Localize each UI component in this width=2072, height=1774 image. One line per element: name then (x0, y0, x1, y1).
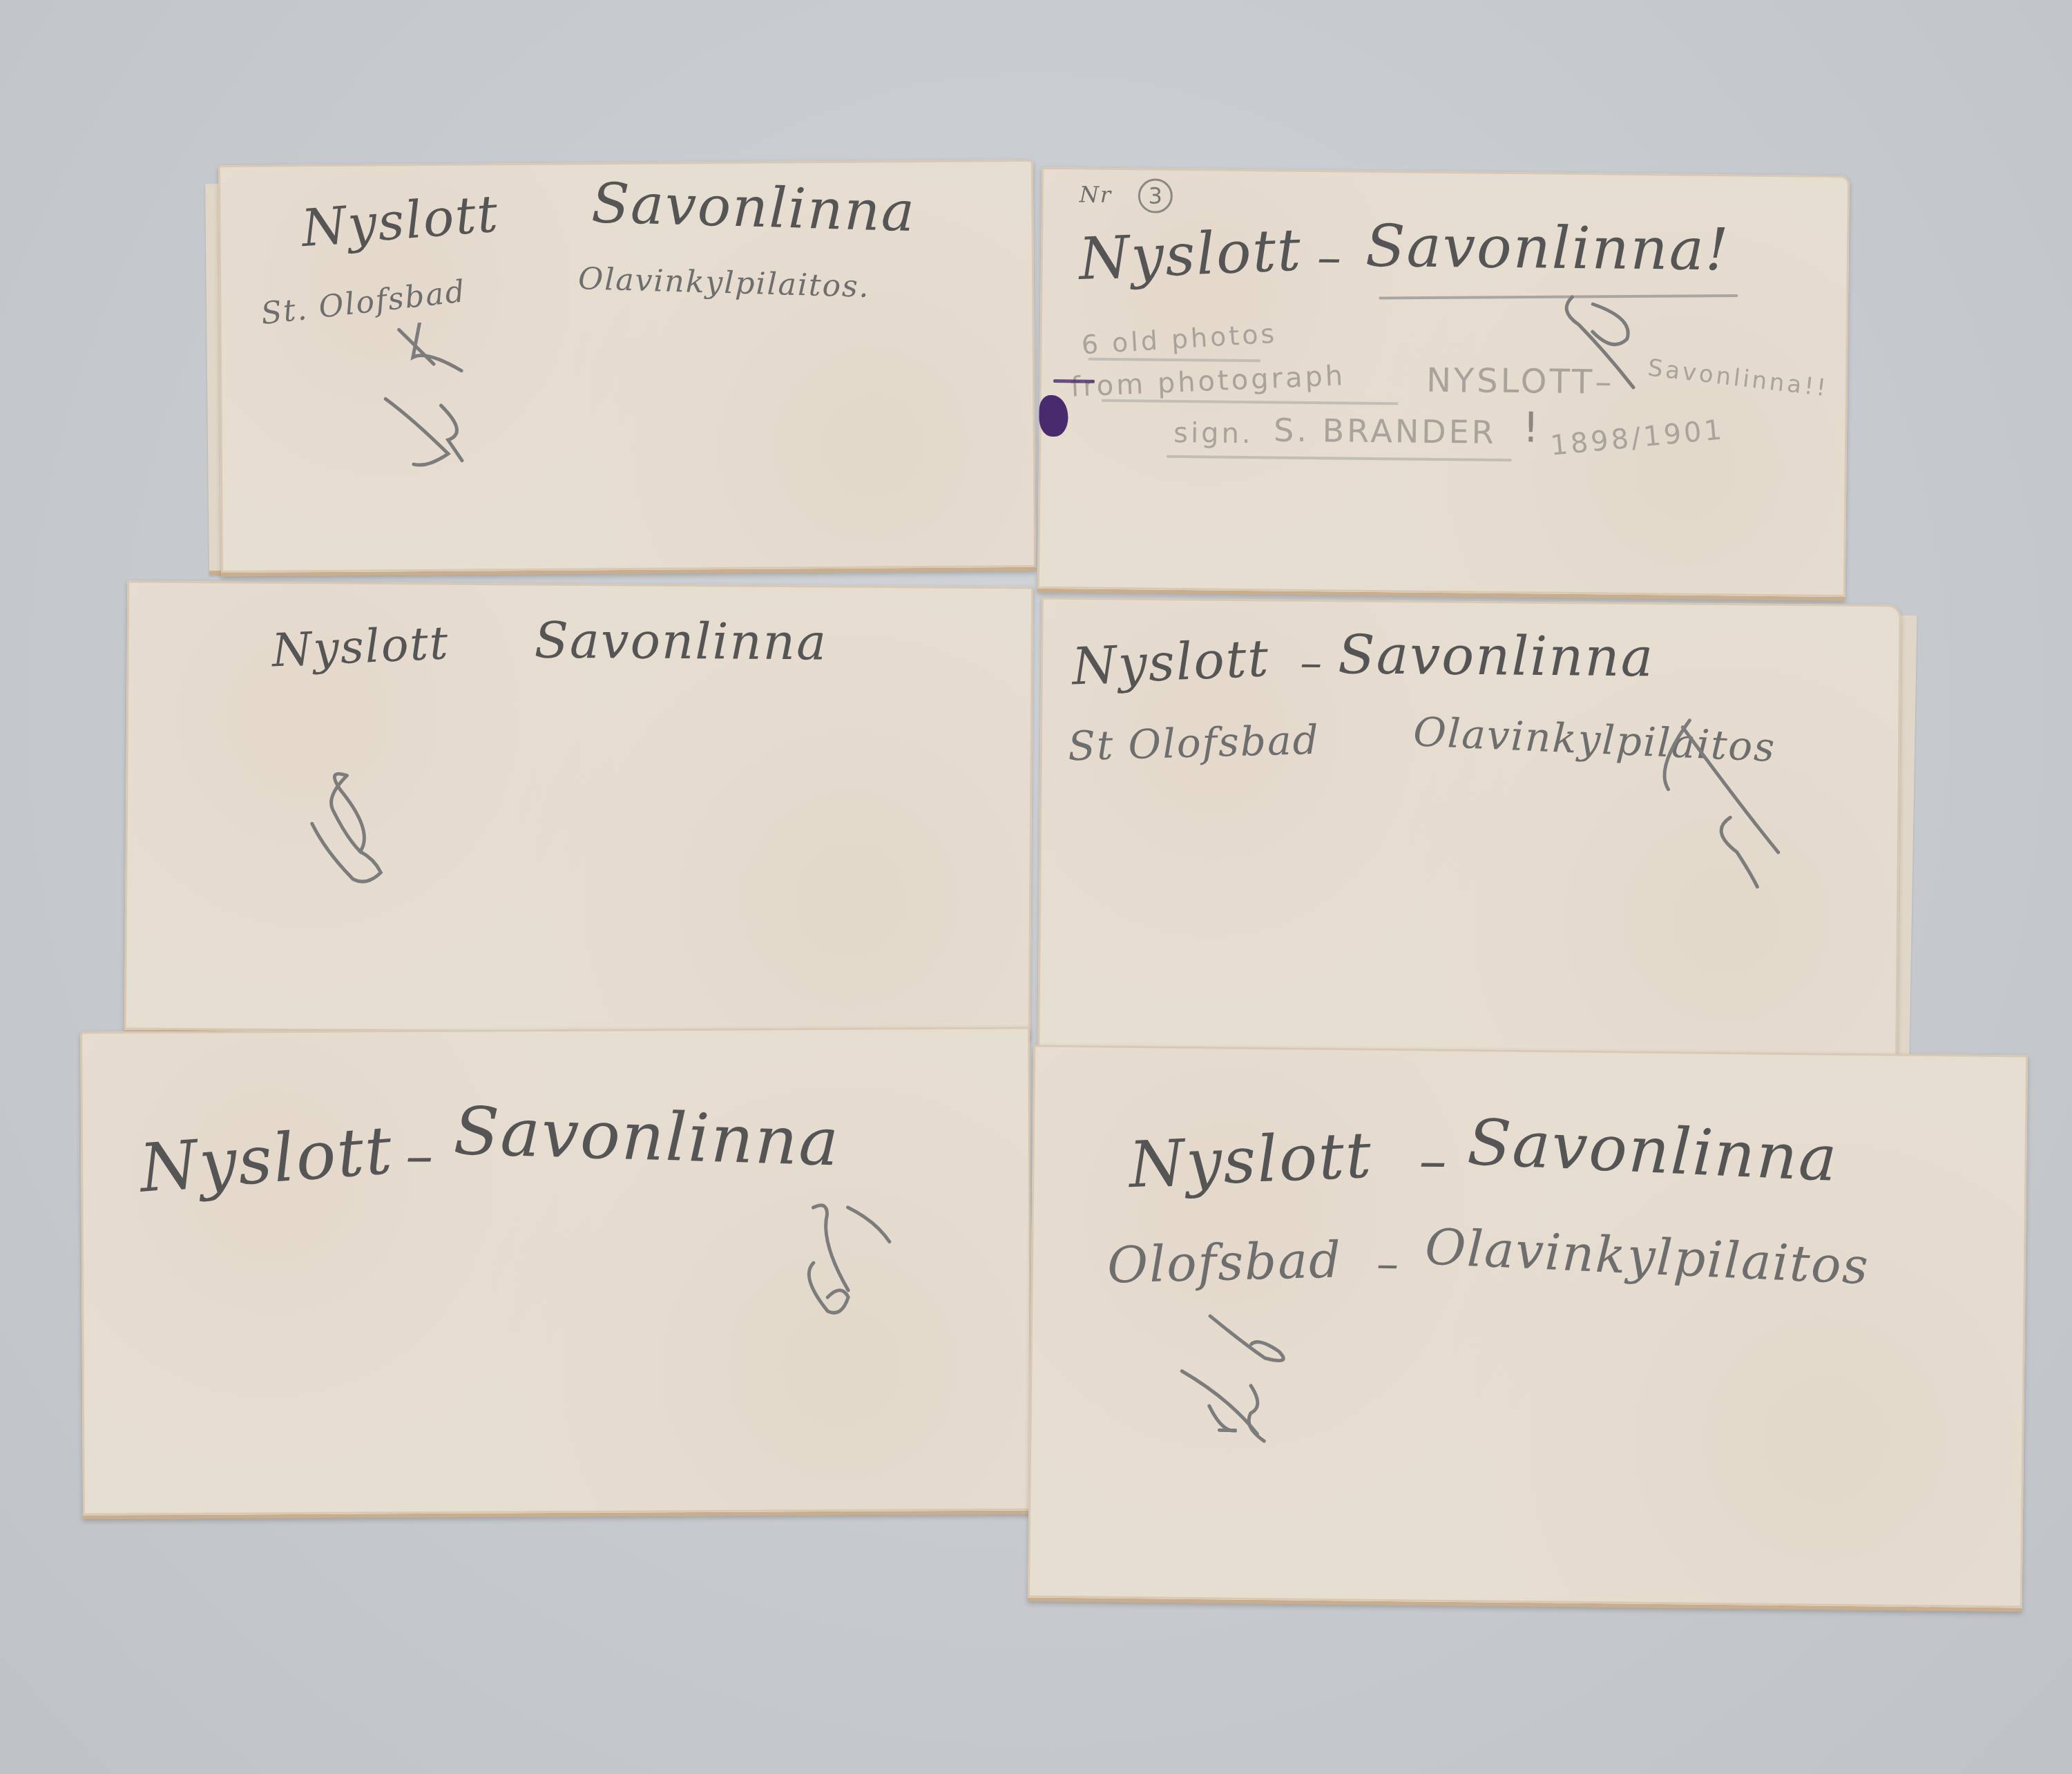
card-3-title-nyslott: Nyslott (271, 616, 450, 678)
card-4-title-nyslott: Nyslott (1071, 629, 1271, 696)
purple-ink-dash (1053, 379, 1095, 383)
purple-ink-stain (1039, 395, 1068, 437)
pencil-numeral-mark-icon (785, 1200, 924, 1339)
card-2-note-underline-3 (1167, 455, 1512, 461)
card-2-note-underline-1 (1088, 358, 1260, 363)
pencil-numeral-mark-icon (1551, 290, 1662, 402)
card-5-title-separator: – (405, 1123, 434, 1188)
card-1-title-savonlinna: Savonlinna (591, 171, 917, 244)
card-4-title-savonlinna: Savonlinna (1338, 624, 1655, 689)
card-5-title-savonlinna: Savonlinna (452, 1092, 841, 1181)
card-2-note-date: 1898/1901 (1549, 414, 1726, 462)
pencil-numeral-mark-icon (305, 754, 443, 893)
pencil-numeral-mark-icon (1167, 1309, 1321, 1449)
card-6-title-savonlinna: Savonlinna (1466, 1105, 1840, 1196)
card-2-note-line-1: 6 old photos (1081, 318, 1278, 361)
card-6-olavinkylpilaitos: Olavinkylpilaitos (1424, 1217, 1871, 1295)
photo-card-bottom-right: Nyslott – Savonlinna Olofsbad – Olavinky… (1028, 1045, 2028, 1612)
card-5-title-nyslott: Nyslott (137, 1112, 396, 1208)
card-2-number-label: Nr (1080, 181, 1113, 207)
card-2-note-underline-2 (1102, 399, 1399, 406)
card-2-note-savonlinna: Savonlinna!! (1647, 354, 1830, 402)
photo-card-top-left: Nyslott Savonlinna St. Olofsbad Olavinky… (218, 160, 1036, 577)
card-2-note-s-brander: S. BRANDER (1274, 411, 1497, 450)
card-3-title-savonlinna: Savonlinna (534, 611, 827, 671)
card-2-note-from-photograph: from photograph (1070, 360, 1346, 403)
card-6-olofsbad: Olofsbad (1106, 1230, 1343, 1294)
photo-card-bottom-left: Nyslott – Savonlinna (80, 1027, 1033, 1519)
card-2-note-sign: sign. (1173, 417, 1254, 450)
card-1-title-nyslott: Nyslott (300, 184, 501, 258)
card-2-note-exclamation: ! (1522, 403, 1542, 452)
pencil-numeral-mark-icon (372, 322, 511, 475)
card-2-title-nyslott: Nyslott (1077, 216, 1303, 292)
card-4-st-olofsbad: St Olofsbad (1067, 716, 1320, 770)
photo-card-top-right: Nr 3 Nyslott – Savonlinna! 6 old photos … (1037, 167, 1850, 601)
card-6-title-separator: – (1419, 1128, 1448, 1192)
photo-card-middle-right: Nyslott – Savonlinna St Olofsbad Olavink… (1037, 598, 1901, 1062)
card-6-line2-separator: – (1376, 1239, 1401, 1290)
card-6-title-nyslott: Nyslott (1127, 1118, 1374, 1202)
card-2-title-separator: – (1316, 229, 1343, 285)
card-4-title-separator: – (1300, 638, 1324, 689)
pencil-numeral-mark-icon (1647, 713, 1800, 894)
card-1-olavinkylpilaitos: Olavinkylpilaitos. (578, 261, 871, 305)
card-2-title-savonlinna: Savonlinna! (1365, 212, 1731, 284)
photo-card-middle-left: Nyslott Savonlinna (124, 580, 1034, 1040)
card-2-number-circled: 3 (1138, 178, 1173, 213)
